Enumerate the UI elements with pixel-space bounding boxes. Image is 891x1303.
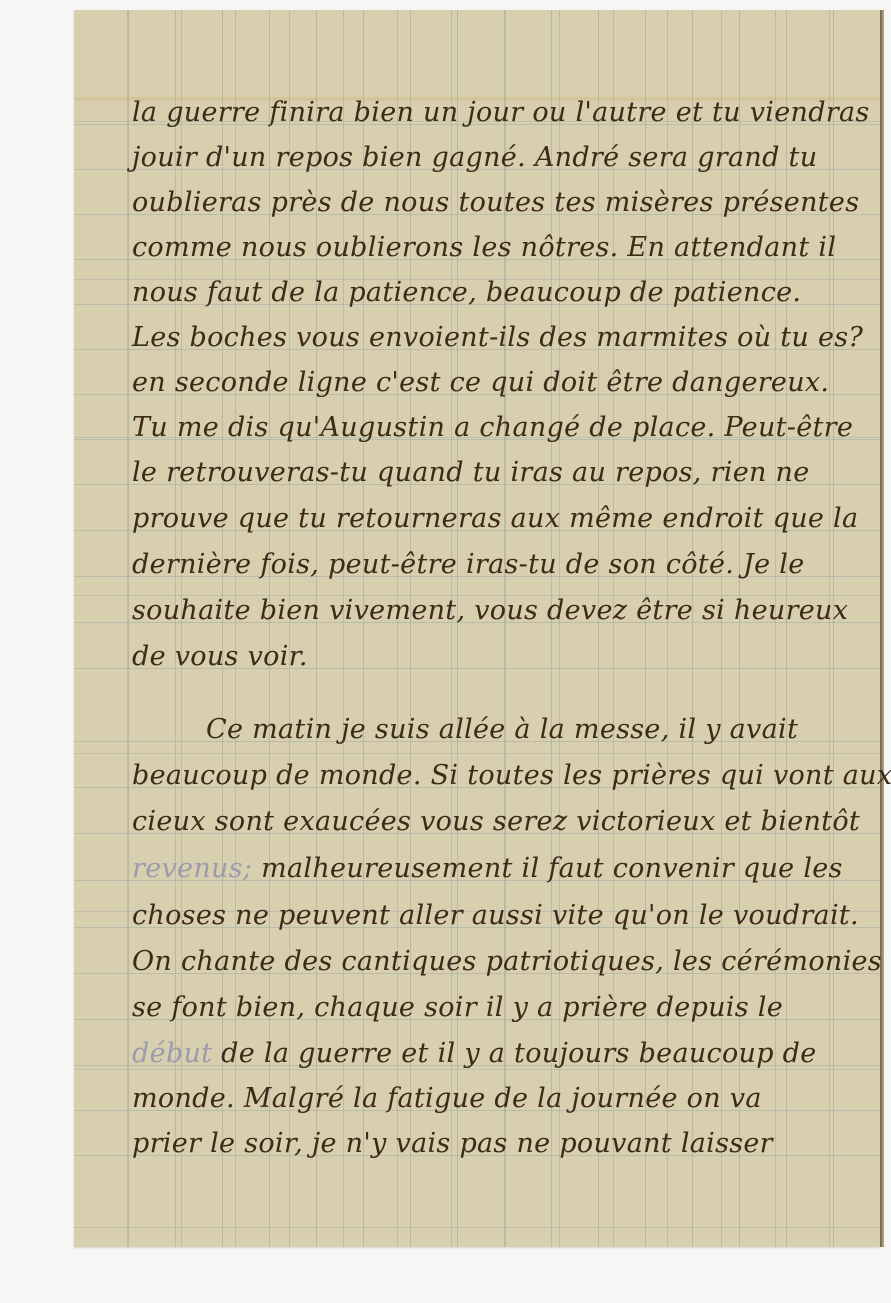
letter-line: Ce matin je suis allée à la messe, il y … (206, 715, 798, 745)
letter-line-text: malheureusement il faut convenir que les (252, 853, 842, 884)
letter-line: souhaite bien vivement, vous devez être … (132, 596, 848, 626)
letter-line: dernière fois, peut-être iras-tu de son … (132, 550, 805, 580)
letter-paper: la guerre finira bien un jour ou l'autre… (74, 10, 880, 1247)
letter-line: début de la guerre et il y a toujours be… (132, 1039, 817, 1069)
paper-edge (880, 10, 884, 1247)
letter-line: Tu me dis qu'Augustin a changé de place.… (132, 413, 853, 443)
faded-word: début (132, 1038, 212, 1069)
letter-line: comme nous oublierons les nôtres. En att… (132, 233, 836, 263)
letter-line: la guerre finira bien un jour ou l'autre… (132, 98, 870, 128)
letter-line: Les boches vous envoient-ils des marmite… (132, 323, 863, 353)
letter-line: On chante des cantiques patriotiques, le… (132, 947, 882, 977)
letter-line-text: de la guerre et il y a toujours beaucoup… (212, 1038, 816, 1069)
letter-line: choses ne peuvent aller aussi vite qu'on… (132, 901, 859, 931)
letter-line: nous faut de la patience, beaucoup de pa… (132, 278, 801, 308)
faded-word: revenus; (132, 853, 252, 884)
letter-line: beaucoup de monde. Si toutes les prières… (132, 761, 891, 791)
letter-line: oublieras près de nous toutes tes misère… (132, 188, 859, 218)
scanned-page: la guerre finira bien un jour ou l'autre… (0, 0, 891, 1303)
letter-line: le retrouveras-tu quand tu iras au repos… (132, 458, 810, 488)
letter-line: jouir d'un repos bien gagné. André sera … (132, 143, 817, 173)
letter-line-text: oublieras près de nous toutes tes misère… (132, 187, 859, 218)
letter-line: en seconde ligne c'est ce qui doit être … (132, 368, 829, 398)
letter-line: se font bien, chaque soir il y a prière … (132, 993, 783, 1023)
letter-line: prier le soir, je n'y vais pas ne pouvan… (132, 1129, 773, 1159)
letter-line: de vous voir. (132, 642, 308, 672)
letter-line: revenus; malheureusement il faut conveni… (132, 854, 843, 884)
grid-line (128, 10, 129, 1247)
letter-line: cieux sont exaucées vous serez victorieu… (132, 807, 860, 837)
letter-line: prouve que tu retourneras aux même endro… (132, 504, 858, 534)
letter-line: monde. Malgré la fatigue de la journée o… (132, 1084, 762, 1114)
